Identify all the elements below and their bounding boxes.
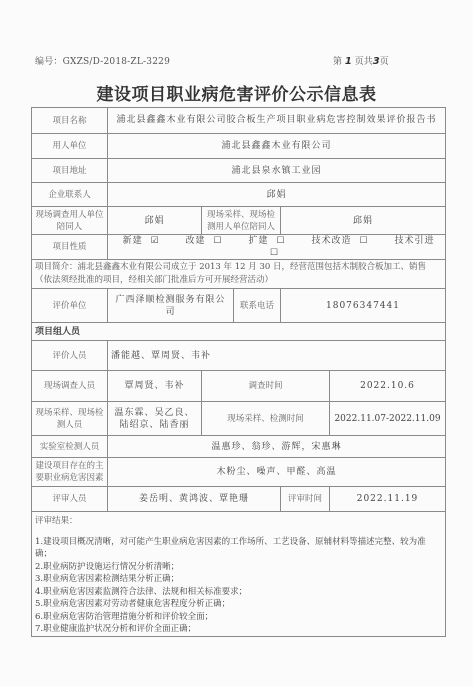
survey-staff-label: 现场调查人员 <box>32 371 108 402</box>
row-lab: 实验室检测人员 温惠珍、翁珍、游辉，宋惠琳 <box>32 436 446 458</box>
review-results: 评审结果： 1.建设项目概况清晰，对可能产生职业病危害因素的工作场所、工艺设备、… <box>32 512 446 637</box>
row-assessors: 评价人员 潘能越、覃周贤、韦补 <box>32 341 446 371</box>
result-item: 5.职业病危害因素对劳动者健康危害程度分析正确； <box>35 598 442 611</box>
phone-value: 18076347441 <box>281 289 446 323</box>
assessors-value: 潘能越、覃周贤、韦补 <box>108 341 446 371</box>
result-item: 7.职业健康监护状况分析和评价全面正确； <box>35 623 442 636</box>
option-label: 新建 <box>123 236 143 246</box>
row-escorts: 现场调查用人单位陪同人 邱娟 现场采样、现场检测用人单位陪同人 邱娟 <box>32 207 446 235</box>
document-number: 编号：GXZS/D-2018-ZL-3229 <box>35 54 170 67</box>
doc-number-value: GXZS/D-2018-ZL-3229 <box>63 57 170 67</box>
employer-label: 用人单位 <box>32 134 108 159</box>
checkbox-icon[interactable]: ☐ <box>270 248 279 258</box>
address-label: 项目地址 <box>32 159 108 183</box>
row-team-header: 项目组人员 <box>32 323 446 341</box>
checkbox-checked-icon[interactable]: ☑ <box>151 236 160 246</box>
option-label: 改建 <box>186 236 206 246</box>
project-name-label: 项目名称 <box>32 108 108 134</box>
option-label: 技术引进 <box>394 236 434 246</box>
lab-staff-label: 实验室检测人员 <box>32 436 108 458</box>
employer-value: 浦北县鑫鑫木业有限公司 <box>108 134 446 159</box>
contact-label: 企业联系人 <box>32 183 108 207</box>
row-contact: 企业联系人 邱娟 <box>32 183 446 207</box>
row-hazards: 建设项目存在的主要职业病危害因素 木粉尘、噪声、甲醛、高温 <box>32 458 446 487</box>
address-value: 浦北县泉水镇工业园 <box>108 159 446 183</box>
hazards-value: 木粉尘、噪声、甲醛、高温 <box>108 458 446 487</box>
option-label: 技术改造 <box>311 236 351 246</box>
review-time-label: 评审时间 <box>281 487 330 512</box>
row-sampling: 现场采样、现场检测人员 温东霖、吴乙良、陆绍京、陆香丽 现场采样、检测时间 20… <box>32 402 446 436</box>
row-employer: 用人单位 浦北县鑫鑫木业有限公司 <box>32 134 446 159</box>
document-header: 编号：GXZS/D-2018-ZL-3229 第 1 页共3页 <box>35 54 395 68</box>
row-reviewers: 评审人员 姜岳明、黄鸿波、覃艳珊 评审时间 2022.11.19 <box>32 487 446 512</box>
page-prefix: 第 <box>333 57 342 67</box>
team-label: 项目组人员 <box>32 323 446 341</box>
review-time-value: 2022.11.19 <box>330 487 446 512</box>
nature-option-tech-upgrade[interactable]: 技术改造☐ <box>307 236 372 246</box>
row-intro: 项目简介：浦北县鑫鑫木业有限公司成立于 2013 年 12 月 30 日，经营范… <box>32 260 446 289</box>
survey-time-label: 调查时间 <box>202 371 330 402</box>
results-label: 评审结果： <box>35 515 442 528</box>
evaluator-value: 广西泽顺检测服务有限公司 <box>108 289 234 323</box>
sampling-staff-value: 温东霖、吴乙良、陆绍京、陆香丽 <box>108 402 202 436</box>
row-project-name: 项目名称 浦北县鑫鑫木业有限公司胶合板生产项目职业病危害控制效果评价报告书 <box>32 108 446 134</box>
row-survey: 现场调查人员 覃周贤、韦补 调查时间 2022.10.6 <box>32 371 446 402</box>
survey-escort-label: 现场调查用人单位陪同人 <box>32 207 108 235</box>
evaluator-label: 评价单位 <box>32 289 108 323</box>
survey-escort-value: 邱娟 <box>108 207 202 235</box>
page-total: 3 <box>373 56 380 67</box>
project-intro: 项目简介：浦北县鑫鑫木业有限公司成立于 2013 年 12 月 30 日，经营范… <box>32 260 446 289</box>
page-indicator: 第 1 页共3页 <box>333 54 389 67</box>
nature-label: 项目性质 <box>32 235 108 260</box>
page-current: 1 <box>345 56 352 67</box>
result-item: 3.职业病危害因素检测结果分析正确； <box>35 573 442 586</box>
checkbox-icon[interactable]: ☐ <box>214 236 223 246</box>
phone-label: 联系电话 <box>234 289 281 323</box>
doc-number-label: 编号： <box>35 57 63 67</box>
row-results: 评审结果： 1.建设项目概况清晰，对可能产生职业病危害因素的工作场所、工艺设备、… <box>32 512 446 637</box>
result-item: 4.职业病危害因素监测符合法律、法规和相关标准要求； <box>35 586 442 599</box>
assessors-label: 评价人员 <box>32 341 108 371</box>
row-address: 项目地址 浦北县泉水镇工业园 <box>32 159 446 183</box>
reviewers-label: 评审人员 <box>32 487 108 512</box>
option-label: 扩建 <box>249 236 269 246</box>
reviewers-value: 姜岳明、黄鸿波、覃艳珊 <box>108 487 281 512</box>
result-item: 2.职业病防护设施运行情况分析清晰； <box>35 561 442 574</box>
page-suffix: 页 <box>380 57 389 67</box>
checkbox-icon[interactable]: ☐ <box>359 236 368 246</box>
nature-option-new[interactable]: 新建☑ <box>119 236 164 246</box>
sampling-staff-label: 现场采样、现场检测人员 <box>32 402 108 436</box>
nature-option-expand[interactable]: 扩建☐ <box>245 236 290 246</box>
lab-staff-value: 温惠珍、翁珍、游辉，宋惠琳 <box>108 436 446 458</box>
checkbox-icon[interactable]: ☐ <box>277 236 286 246</box>
info-table: 项目名称 浦北县鑫鑫木业有限公司胶合板生产项目职业病危害控制效果评价报告书 用人… <box>31 107 446 637</box>
page-title: 建设项目职业病危害评价公示信息表 <box>0 80 473 105</box>
sampling-escort-value: 邱娟 <box>281 207 446 235</box>
sampling-escort-label: 现场采样、现场检测用人单位陪同人 <box>202 207 281 235</box>
contact-value: 邱娟 <box>108 183 446 207</box>
page-mid: 页共 <box>355 57 373 67</box>
project-name-value: 浦北县鑫鑫木业有限公司胶合板生产项目职业病危害控制效果评价报告书 <box>108 108 446 134</box>
result-item: 1.建设项目概况清晰，对可能产生职业病危害因素的工作场所、工艺设备、原辅材料等描… <box>35 536 442 561</box>
nature-options: 新建☑ 改建☐ 扩建☐ 技术改造☐ 技术引进☐ <box>108 235 446 260</box>
sampling-time-value: 2022.11.07-2022.11.09 <box>330 402 446 436</box>
row-nature: 项目性质 新建☑ 改建☐ 扩建☐ 技术改造☐ 技术引进☐ <box>32 235 446 260</box>
survey-time-value: 2022.10.6 <box>330 371 446 402</box>
sampling-time-label: 现场采样、检测时间 <box>202 402 330 436</box>
hazards-label: 建设项目存在的主要职业病危害因素 <box>32 458 108 487</box>
survey-staff-value: 覃周贤、韦补 <box>108 371 202 402</box>
row-evaluator: 评价单位 广西泽顺检测服务有限公司 联系电话 18076347441 <box>32 289 446 323</box>
nature-option-rebuild[interactable]: 改建☐ <box>182 236 227 246</box>
result-item: 6.职业病危害防治管理措施分析和评价较全面； <box>35 611 442 624</box>
